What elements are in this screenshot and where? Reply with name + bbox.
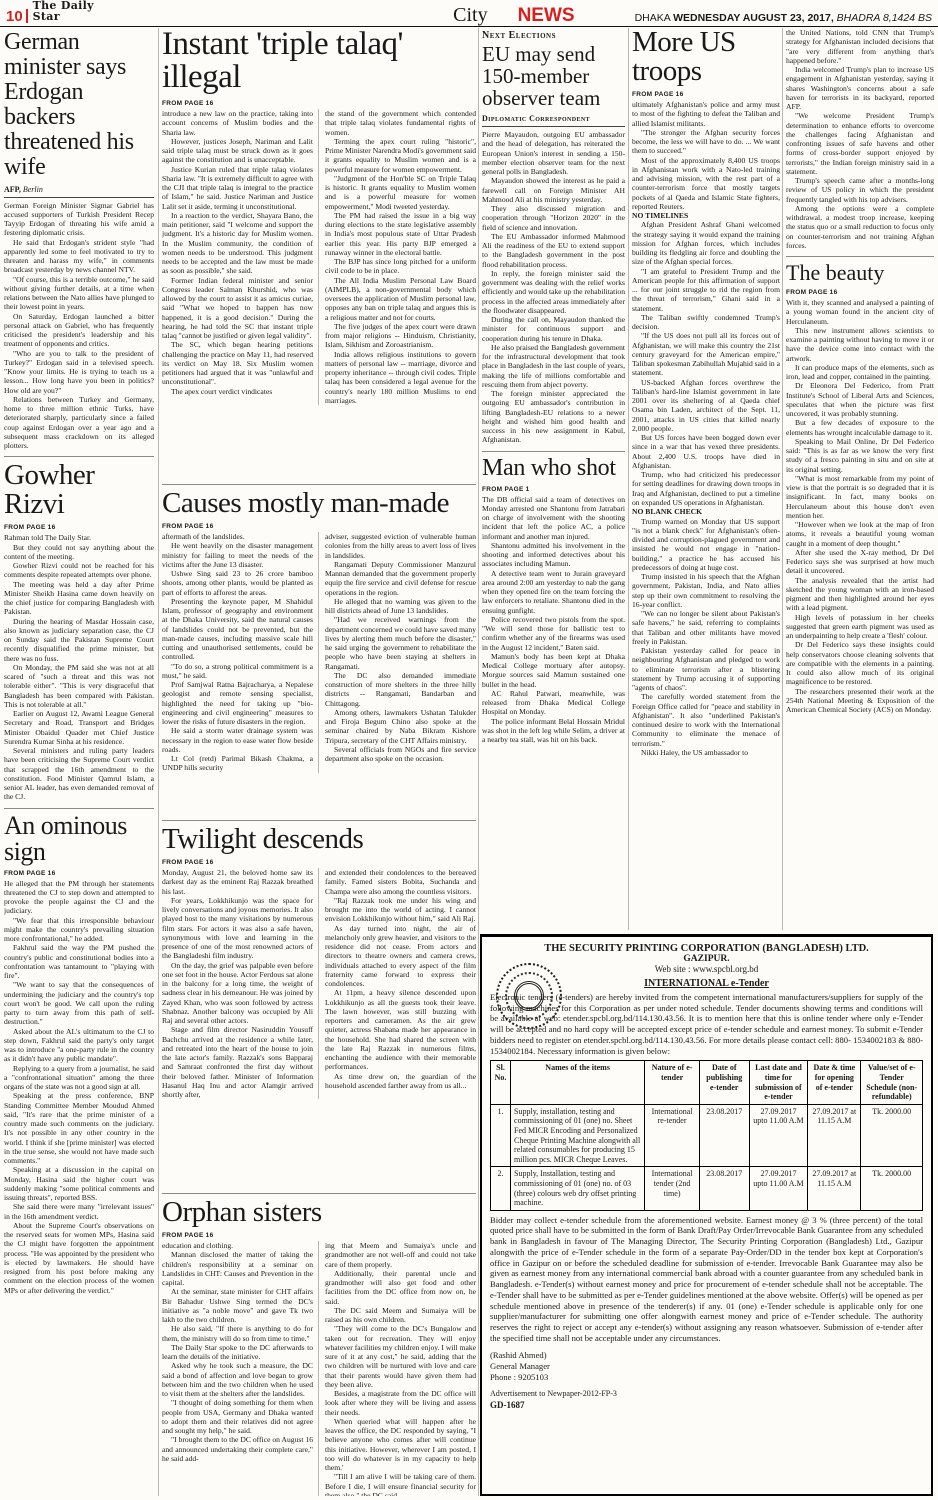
article-more-us-troops-continued: the United Nations, told CNN that Trump'… [786,28,934,250]
article-paragraph: A detective team went to Jurain graveyar… [482,569,625,615]
article-paragraph: "Raj Razzak took me under his wing and b… [325,896,476,924]
from-page-label: FROM PAGE 16 [162,100,476,107]
article-headline: German minister says Erdogan backers thr… [4,30,154,180]
article-paragraph: "Had we received warnings from the depar… [325,615,476,671]
article-headline: Gowher Rizvi [4,461,154,519]
article-paragraph: For years, Lokkhikunjo was the space for… [162,896,313,961]
article-body-col: education and clothing.Mannan disclosed … [162,1241,318,1496]
column-rule [782,28,783,930]
column-six: the United Nations, told CNN that Trump'… [786,28,934,930]
from-page-label: FROM PAGE 16 [786,289,934,296]
article-more-us-troops: More US troops FROM PAGE 16 ultimately A… [632,28,780,757]
article-paragraph: The apex court verdict vindicates [162,387,313,396]
article-paragraph: The police informant Belal Hossain Mridu… [482,717,625,745]
ad-terms-text: Bidder may collect e-tender schedule fro… [490,1215,923,1344]
from-page-label: FROM PAGE 1 [482,486,625,493]
article-paragraph: About the Supreme Court's observations o… [4,1221,154,1295]
article-paragraph: Mayaudon showed the interest as he paid … [482,176,625,204]
tender-table-header: Names of the items [511,1061,645,1104]
article-paragraph: He also said, "If there is anything to d… [162,1324,313,1343]
article-byline: Diplomatic Correspondent [482,114,625,127]
newspaper-page: 10 The Daily Star City NEWS DHAKA WEDNES… [0,0,938,1500]
article-paragraph: On Monday, the PM said she was not at al… [4,663,154,709]
article-paragraph: At 11pm, a heavy silence descended upon … [325,988,476,1071]
tender-table-cell: 27.09.2017 at 11.15 A.M [808,1104,861,1167]
article-paragraph: Speaking to Mail Online, Dr Del Federico… [786,437,934,474]
article-paragraph: But US forces have been bogged down ever… [632,433,780,470]
article-paragraph: Several ministers and ruling party leade… [4,746,154,802]
article-orphan-sisters: Orphan sisters FROM PAGE 16 education an… [162,1193,476,1496]
section-news-label: NEWS [518,7,575,24]
article-body-col: introduce a new law on the practice, tak… [162,109,318,405]
article-paragraph: He also praised the Bangladesh governmen… [482,343,625,389]
article-paragraph: As time drew on, the guardian of the hou… [325,1072,476,1091]
article-paragraph: and extended their condolences to the be… [325,868,476,896]
tender-table-row: 2.Supply, Installation, testing and comm… [491,1167,923,1210]
article-paragraph: introduce a new law on the practice, tak… [162,109,313,137]
article-paragraph: Justice Kurian ruled that triple talaq v… [162,165,313,211]
masthead-logo: The Daily Star [33,0,123,22]
article-paragraph: "We fear that this irresponsible behavio… [4,916,154,944]
article-causes-man-made: Causes mostly man-made FROM PAGE 16 afte… [162,484,476,814]
article-paragraph: Relations between Turkey and Germany, ho… [4,395,154,451]
signatory-name: (Rashid Ahmed) [490,1350,923,1361]
ad-gd-number: GD-1687 [490,1400,923,1410]
article-paragraph: The analysis revealed that the artist ha… [786,576,934,613]
article-paragraph: As day turned into night, the air of mel… [325,924,476,989]
tender-table-cell: Tk. 2000.00 [861,1167,923,1210]
ad-reference: Advertisement to Newpaper-2012-FP-3 [490,1389,923,1398]
dateline-date: WEDNESDAY AUGUST 23, 2017, [673,12,837,24]
article-paragraph: Speaking at a discussion in the capital … [4,1165,154,1202]
article-paragraph: In reply, the foreign minister said the … [482,269,625,315]
tender-table-cell: 23.08.2017 [699,1104,749,1167]
ad-signatory: (Rashid Ahmed) General Manager Phone : 9… [490,1350,923,1384]
article-paragraph: He alleged that no warning was given to … [325,597,476,616]
article-paragraph: Monday, August 21, the beloved home saw … [162,868,313,896]
article-paragraph: When queried what will happen after he l… [325,1417,476,1473]
article-body: Pierre Mayaudon, outgoing EU ambassador … [482,130,625,445]
page-number: 10 [6,9,23,24]
article-body: With it, they scanned and analysed a pai… [786,298,934,714]
article-headline: Man who shot [482,456,625,481]
article-paragraph: Ushwe Sing said 23 to 26 crore bamboo sh… [162,569,313,597]
article-paragraph: Asked about the AL's ultimatum to the CJ… [4,1027,154,1064]
tender-table-header: Nature of e-tender [645,1061,700,1104]
article-paragraph: Pakistan yesterday called for peace in n… [632,646,780,692]
from-page-label: FROM PAGE 16 [162,1232,476,1239]
article-twilight-descends: Twilight descends FROM PAGE 16 Monday, A… [162,820,476,1187]
article-paragraph: aftermath of the landslides. [162,532,313,541]
column-rule [158,28,159,1496]
article-paragraph: At the seminar, state minister for CHT a… [162,1287,313,1324]
from-page-label: FROM PAGE 16 [4,524,154,531]
column-rule [628,28,629,930]
ad-company-place: GAZIPUR. [490,954,923,964]
article-paragraph: the stand of the government which conten… [325,109,476,137]
from-page-label: FROM PAGE 16 [162,859,476,866]
column-rule [478,28,479,1496]
article-paragraph: Presenting the keynote paper, M Shahidul… [162,597,313,662]
ad-website-link[interactable]: Web site : www.spcbl.org.bd [490,964,923,974]
article-paragraph: Rangamati Deputy Commissioner Manzurul M… [325,560,476,597]
article-paragraph: Earlier on August 12, Awami League Gener… [4,709,154,746]
article-paragraph: Former Indian federal minister and senio… [162,276,313,341]
from-page-label: FROM PAGE 16 [162,523,476,530]
edition-dateline: DHAKA WEDNESDAY AUGUST 23, 2017, BHADRA … [635,13,932,24]
article-paragraph: Trump warned on Monday that US support "… [632,517,780,573]
article-paragraph: Among the options were a complete withdr… [786,204,934,250]
section-city-label: City [453,6,487,24]
article-paragraph: ultimately Afghanistan's police and army… [632,100,780,128]
article-paragraph: With it, they scanned and analysed a pai… [786,298,934,326]
article-paragraph: The five judges of the apex court were d… [325,322,476,350]
article-headline: Orphan sisters [162,1198,476,1227]
tender-table-header: Last date and time for submission of e-t… [749,1061,808,1104]
article-paragraph: Mamun's body has been kept at Dhaka Medi… [482,652,625,689]
byline-place: Berlin [21,185,43,194]
article-body-col: aftermath of the landslides.He went heav… [162,532,318,773]
article-paragraph: Trump's speech came after a months-long … [786,176,934,204]
page-header: 10 The Daily Star City NEWS DHAKA WEDNES… [0,0,938,27]
article-paragraph: "However when we look at the map of Iron… [786,520,934,548]
article-paragraph: "I brought them to the DC office on Augu… [162,1435,313,1463]
article-paragraph: German Foreign Minister Sigmar Gabriel h… [4,201,154,238]
article-paragraph: But they could not say anything about th… [4,543,154,562]
corporation-seal-logo [496,963,562,1029]
article-paragraph: "We want to say that the consequences of… [4,980,154,1026]
article-paragraph: Trump, who had criticized his predecesso… [632,470,780,507]
article-paragraph: "If the US does not pull all its forces … [632,331,780,377]
article-paragraph: ing that Meem and Sumaiya's uncle and gr… [325,1241,476,1269]
article-body-col: ing that Meem and Sumaiya's uncle and gr… [318,1241,476,1496]
article-body-col: ultimately Afghanistan's police and army… [632,100,780,757]
article-paragraph: Dr Eleonora Del Federico, from Pratt Ins… [786,381,934,418]
article-body: He alleged that the PM through her state… [4,879,154,1295]
article-subhead: NO BLANK CHECK [632,507,780,516]
article-headline: Twilight descends [162,825,476,854]
article-paragraph: Prof Samjwal Ratna Bajracharya, a Nepale… [162,680,313,726]
signatory-title: General Manager [490,1361,923,1372]
tender-table-cell: Supply, installation, testing and commis… [511,1104,645,1167]
article-paragraph: The researchers presented their work at … [786,687,934,715]
article-paragraph: AC Rahul Patwari, meanwhile, was release… [482,689,625,717]
article-gowher-rizvi: Gowher Rizvi FROM PAGE 16 Rahman told Th… [4,456,154,801]
article-paragraph: Pierre Mayaudon, outgoing EU ambassador … [482,130,625,176]
article-paragraph: "The stronger the Afghan security forces… [632,128,780,156]
article-paragraph: The SC, which began hearing petitions ch… [162,340,313,386]
column-left: German minister says Erdogan backers thr… [4,30,154,1496]
tender-table-cell: International re-tender [645,1104,700,1167]
column-five: More US troops FROM PAGE 16 ultimately A… [632,28,780,930]
article-paragraph: India allows religious institutions to g… [325,350,476,406]
article-paragraph: However, justices Joseph, Nariman and La… [162,137,313,165]
tender-table-cell: 27.09.2017 at 11.15 A.M [808,1167,861,1210]
article-the-beauty: The beauty FROM PAGE 16 With it, they sc… [786,256,934,714]
tender-table-cell: International tender (2nd time) [645,1167,700,1210]
article-paragraph: "Till I am alive I will be taking care o… [325,1472,476,1496]
tender-advertisement: THE SECURITY PRINTING CORPORATION (BANGL… [480,934,933,1496]
tender-table-cell: Tk. 2000.00 [861,1104,923,1167]
article-paragraph: The DC said Meem and Sumaiya will be rai… [325,1306,476,1325]
article-body-col: Monday, August 21, the beloved home saw … [162,868,318,1099]
column-middle: Instant 'triple talaq' illegal FROM PAGE… [162,28,476,1496]
article-kicker: Next Elections [482,30,625,41]
article-body: Rahman told The Daily Star.But they coul… [4,533,154,801]
article-paragraph: Gowher Rizvi could not be reached for hi… [4,561,154,580]
article-paragraph: "What is most remarkable from my point o… [786,474,934,520]
article-headline: EU may send 150-member observer team [482,43,625,109]
article-paragraph: Trump insisted in his speech that the Af… [632,572,780,609]
article-paragraph: Besides, a magistrate from the DC office… [325,1389,476,1417]
article-paragraph: He went heavily on the disaster manageme… [162,541,313,569]
from-page-label: FROM PAGE 16 [4,870,154,877]
article-paragraph: "We welcome President Trump's determinat… [786,111,934,176]
column-four: Next Elections EU may send 150-member ob… [482,30,625,930]
article-paragraph: They also discussed migration and cooper… [482,204,625,232]
article-paragraph: During the hearing of Masdar Hossain cas… [4,617,154,663]
article-paragraph: Rahman told The Daily Star. [4,533,154,542]
article-headline: Instant 'triple talaq' illegal [162,28,476,94]
article-headline: An ominous sign [4,813,154,865]
article-byline: AFP, Berlin [4,185,154,198]
article-paragraph: Fakhrul said the way the PM pushed the c… [4,943,154,980]
article-paragraph: The PM had raised the issue in a big way… [325,211,476,257]
article-paragraph: "Of course, this is a terrible outcome,"… [4,275,154,312]
article-paragraph: Nikki Haley, the US ambassador to [632,748,780,757]
byline-agency: AFP, [4,185,21,194]
article-paragraph: She said there were many "irrelevant iss… [4,1202,154,1221]
article-paragraph: "They will come to the DC's Bungalow and… [325,1324,476,1389]
article-paragraph: The BJP has since long pitched for a uni… [325,257,476,276]
article-paragraph: "I thought of doing something for them w… [162,1398,313,1435]
from-page-label: FROM PAGE 16 [632,91,780,98]
tender-table-header: Value/set of e-Tender Schedule (non-refu… [861,1061,923,1104]
tender-table-cell: 27.09.2017 upto 11.00 A.M [749,1104,808,1167]
dateline-city: DHAKA [635,12,674,24]
article-paragraph: He said that Erdogan's strident style "h… [4,238,154,275]
article-headline: Causes mostly man-made [162,489,476,518]
article-paragraph: The All India Muslim Personal Law Board … [325,276,476,322]
article-paragraph: US-backed Afghan forces overthrew the Ta… [632,378,780,434]
article-paragraph: He alleged that the PM through her state… [4,879,154,916]
article-paragraph: Terming the apex court ruling "historic"… [325,137,476,174]
article-paragraph: Speaking at the press conference, BNP St… [4,1091,154,1165]
article-paragraph: Asked why he took such a measure, the DC… [162,1361,313,1398]
article-paragraph: This new instrument allows scientists to… [786,326,934,363]
article-paragraph: The DB official said a team of detective… [482,495,625,541]
tender-table-cell: 23.08.2017 [699,1167,749,1210]
article-paragraph: The EU Ambassador informed Mahmood Ali t… [482,232,625,269]
tender-table-row: 1.Supply, installation, testing and comm… [491,1104,923,1167]
article-man-who-shot: Man who shot FROM PAGE 1 The DB official… [482,451,625,745]
article-paragraph: education and clothing. [162,1241,313,1250]
ad-company-name: THE SECURITY PRINTING CORPORATION (BANGL… [490,943,923,954]
article-paragraph: But a few decades of exposure to the ele… [786,418,934,437]
article-paragraph: "Judgment of the Hon'ble SC on Triple Ta… [325,174,476,211]
article-paragraph: "I am grateful to President Trump and th… [632,267,780,313]
article-headline: The beauty [786,261,934,284]
article-paragraph: Most of the approximately 8,400 US troop… [632,156,780,212]
tender-table-header: Date & time for opening of e-tender [808,1061,861,1104]
article-paragraph: Among others, lawmakers Ushatan Talukder… [325,708,476,745]
tender-table-header: Sl. No. [491,1061,511,1104]
article-body: German Foreign Minister Sigmar Gabriel h… [4,201,154,451]
article-paragraph: In a reaction to the verdict, Shayara Ba… [162,211,313,276]
article-paragraph: Mannan disclosed the matter of taking th… [162,1250,313,1287]
page-number-divider [26,9,28,23]
article-paragraph: the United Nations, told CNN that Trump'… [786,28,934,65]
article-paragraph: adviser, suggested eviction of vulnerabl… [325,532,476,560]
article-paragraph: High levels of potassium in her cheeks s… [786,613,934,641]
tender-table-cell: 27.09.2017 upto 11.00 A.M [749,1167,808,1210]
tender-table: Sl. No.Names of the itemsNature of e-ten… [490,1060,923,1210]
article-paragraph: The Taliban swiftly condemned Trump's de… [632,313,780,332]
article-paragraph: On Saturday, Erdogan launched a bitter p… [4,312,154,349]
article-paragraph: The DC also demanded immediate construct… [325,671,476,708]
article-paragraph: It can produce maps of the elements, suc… [786,363,934,382]
article-triple-talaq: Instant 'triple talaq' illegal FROM PAGE… [162,28,476,478]
article-paragraph: He said a storm water drainage system wa… [162,726,313,754]
article-paragraph: Lt Col (retd) Parimal Bikash Chakma, a U… [162,754,313,773]
signatory-phone: Phone : 9205103 [490,1372,923,1383]
article-paragraph: On the day, the grief was palpable even … [162,961,313,1026]
article-paragraph: Dr Del Federico says these insights coul… [786,640,934,686]
article-paragraph: The Daily Star spoke to the DC afterward… [162,1343,313,1362]
article-paragraph: Replying to a query from a journalist, h… [4,1064,154,1092]
article-body-col: adviser, suggested eviction of vulnerabl… [318,532,476,773]
article-headline: More US troops [632,28,780,86]
dateline-bangla-date: BHADRA 8,1424 BS [837,12,932,24]
article-body-col: and extended their condolences to the be… [318,868,476,1099]
article-paragraph: Police recovered two pistols from the sp… [482,615,625,652]
article-eu-observer-team: Next Elections EU may send 150-member ob… [482,30,625,445]
article-paragraph: Shantonu admitted his involvement in the… [482,541,625,569]
tender-table-cell: 2. [491,1167,511,1210]
article-paragraph: The carefully worded statement from the … [632,692,780,748]
article-paragraph: "To do so, a strong political commitment… [162,662,313,681]
tender-table-header: Date of publishing e-tender [699,1061,749,1104]
article-body-col: the stand of the government which conten… [318,109,476,405]
article-german-minister: German minister says Erdogan backers thr… [4,30,154,450]
tender-table-cell: Supply, Installation, testing and commis… [511,1167,645,1210]
article-ominous-sign: An ominous sign FROM PAGE 16 He alleged … [4,808,154,1295]
article-body: The DB official said a team of detective… [482,495,625,745]
article-paragraph: Stage and film director Nasiruddin Yousu… [162,1025,313,1099]
article-paragraph: The foreign minister appreciated the out… [482,389,625,445]
article-paragraph: "We can no longer be silent about Pakist… [632,609,780,646]
article-paragraph: Afghan President Ashraf Ghani welcomed t… [632,220,780,266]
article-paragraph: The meeting was held a day after Prime M… [4,580,154,617]
article-paragraph: India welcomed Trump's plan to increase … [786,65,934,111]
article-paragraph: Several officials from NGOs and fire ser… [325,745,476,764]
article-paragraph: After she used the X-ray method, Dr Del … [786,548,934,576]
article-subhead: NO TIMELINES [632,211,780,220]
article-paragraph: During the call on, Mayaudon thanked the… [482,315,625,343]
article-paragraph: Additionally, their parental uncle and g… [325,1269,476,1306]
tender-table-cell: 1. [491,1104,511,1167]
article-paragraph: "Who are you to talk to the president of… [4,349,154,395]
